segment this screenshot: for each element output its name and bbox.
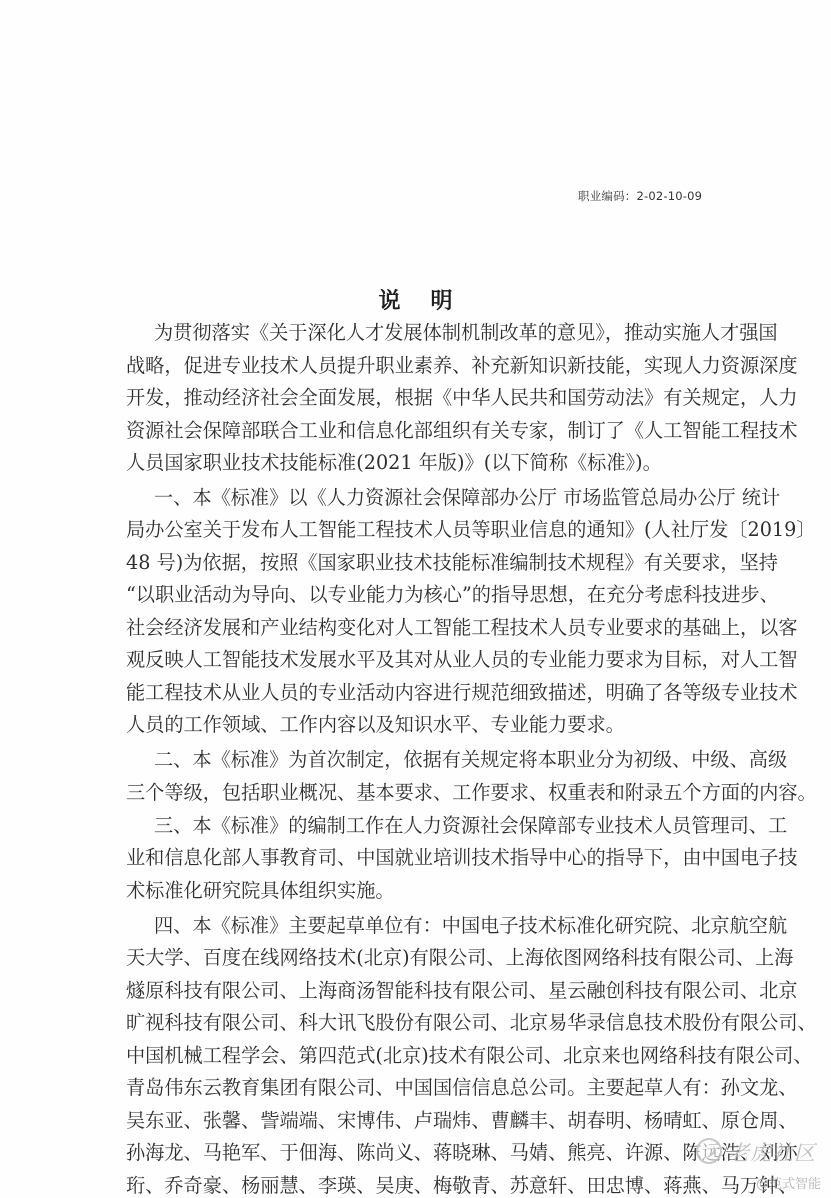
- paragraph-line: 青岛伟东云教育集团有限公司、中国国信信息总公司。主要起草人有：孙文龙、: [126, 1073, 706, 1103]
- paragraph-line: 旷视科技有限公司、科大讯飞股份有限公司、北京易华录信息技术股份有限公司、: [126, 1008, 706, 1038]
- paragraph-first-line: 二、本《标准》为首次制定，依据有关规定将本职业分为初级、中级、高级: [154, 745, 706, 775]
- paragraph-line: 三个等级，包括职业概况、基本要求、工作要求、权重表和附录五个方面的内容。: [126, 778, 706, 808]
- paragraph-first-line: 一、本《标准》以《人力资源社会保障部办公厅 市场监管总局办公厅 统计: [154, 483, 706, 513]
- paragraph-line: 48 号)为依据，按照《国家职业技术技能标准编制技术规程》有关要求，坚持: [126, 548, 706, 578]
- paragraph-line: 吴东亚、张馨、訾端端、宋博伟、卢瑞炜、曹麟丰、胡春明、杨晴虹、原仓周、: [126, 1106, 706, 1136]
- paragraph-line: 中国机械工程学会、第四范式(北京)技术有限公司、北京来也网络科技有限公司、: [126, 1041, 706, 1071]
- paragraph-line: 人员国家职业技术技能标准(2021 年版)》(以下简称《标准》)。: [126, 448, 706, 478]
- paragraph-line: 人员的工作领域、工作内容以及知识水平、专业能力要求。: [126, 710, 706, 740]
- paragraph-first-line: 四、本《标准》主要起草单位有：中国电子技术标准化研究院、北京航空航: [154, 911, 706, 941]
- paragraph-line: 局办公室关于发布人工智能工程技术人员等职业信息的通知》(人社厅发〔2019〕: [126, 515, 706, 545]
- page-title: 说明: [0, 284, 831, 315]
- paragraph-line: 社会经济发展和产业结构变化对人工智能工程技术人员专业要求的基础上，以客: [126, 613, 706, 643]
- paragraph-line: 燧原科技有限公司、上海商汤智能科技有限公司、星云融创科技有限公司、北京: [126, 976, 706, 1006]
- paragraph-line: 观反映人工智能技术发展水平及其对从业人员的专业能力要求为目标，对人工智: [126, 645, 706, 675]
- paragraph-first-line: 三、本《标准》的编制工作在人力资源社会保障部专业技术人员管理司、工: [154, 811, 706, 841]
- paragraph-line: 开发，推动经济社会全面发展，根据《中华人民共和国劳动法》有关规定，人力: [126, 383, 706, 413]
- occupation-code: 职业编码：2-02-10-09: [578, 188, 702, 204]
- paragraph-line: 孙海龙、马艳军、于佃海、陈尚义、蒋晓琳、马婧、熊亮、许源、陈远浩、刘亦: [126, 1138, 706, 1168]
- paragraph-line: 术标准化研究院具体组织实施。: [126, 876, 706, 906]
- paragraph-line: 业和信息化部人事教育司、中国就业培训技术指导中心的指导下，由中国电子技: [126, 843, 706, 873]
- paragraph-first-line: 为贯彻落实《关于深化人才发展体制机制改革的意见》，推动实施人才强国: [154, 318, 706, 348]
- paragraph-line: 资源社会保障部联合工业和信息化部组织有关专家，制订了《人工智能工程技术: [126, 416, 706, 446]
- paragraph-line: 战略，促进专业技术人员提升职业素养、补充新知识新技能，实现人力资源深度: [126, 351, 706, 381]
- paragraph-line: 珩、乔奇豪、杨丽慧、李瑛、吴庚、梅敬青、苏意轩、田忠博、蒋燕、马万钟、: [126, 1171, 706, 1198]
- paragraph-line: 能工程技术从业人员的专业活动内容进行规范细致描述，明确了各等级专业技术: [126, 678, 706, 708]
- paragraph-line: “以职业活动为导向、以专业能力为核心”的指导思想，在充分考虑科技进步、: [126, 580, 706, 610]
- paragraph-line: 天大学、百度在线网络技术(北京)有限公司、上海依图网络科技有限公司、上海: [126, 943, 706, 973]
- document-page: 职业编码：2-02-10-09 说明 为贯彻落实《关于深化人才发展体制机制改革的…: [0, 0, 831, 1198]
